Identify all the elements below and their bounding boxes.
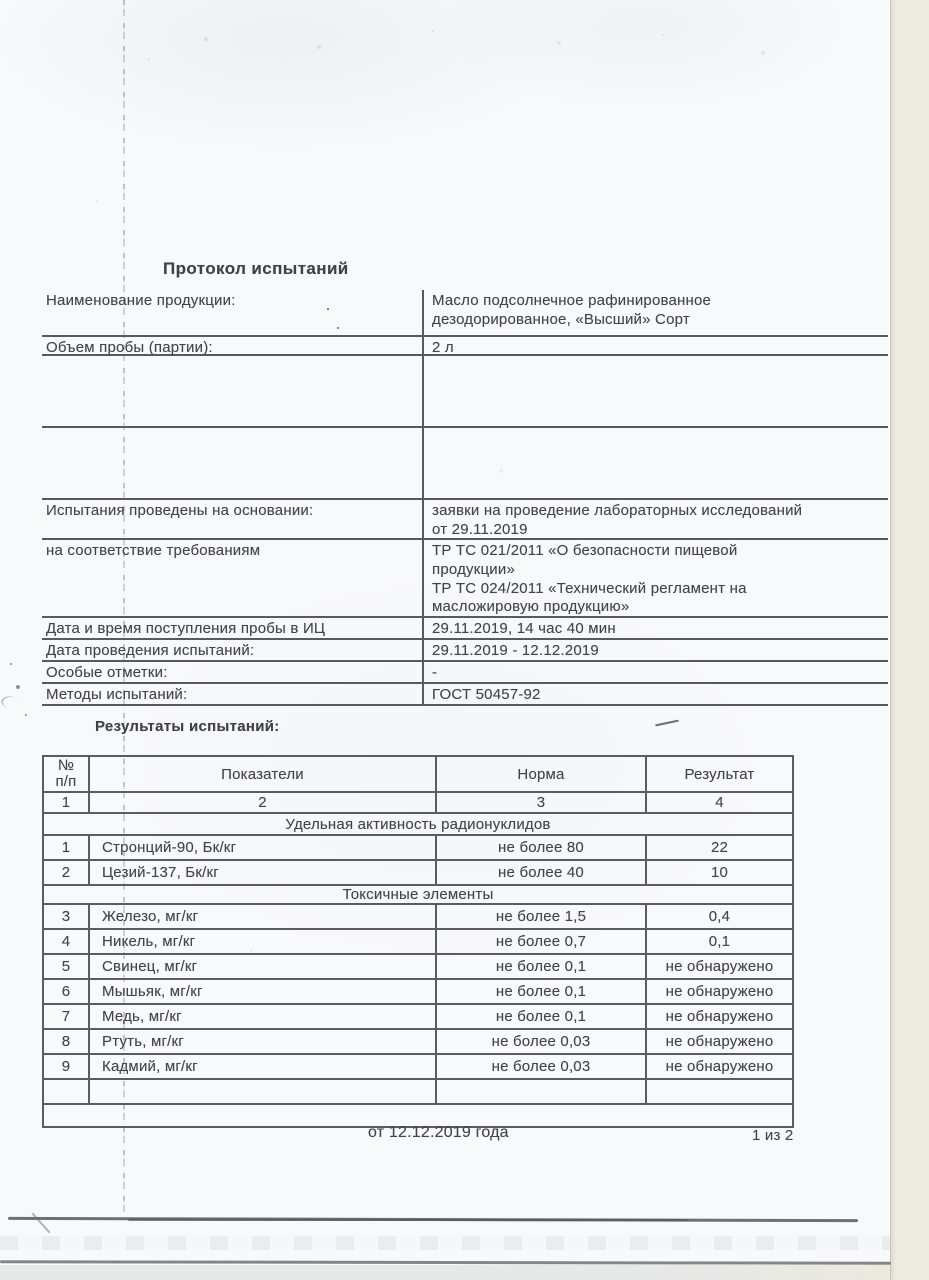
result-cell: 10 [646, 860, 793, 885]
scan-speckles [0, 0, 2, 2]
table-row [43, 1079, 793, 1104]
result-cell: 22 [646, 835, 793, 860]
row-number: 1 [43, 835, 89, 860]
result-cell [646, 1079, 793, 1104]
info-label: Особые отметки: [42, 662, 422, 682]
table-row: 3 Железо, мг/кг не более 1,5 0,4 [43, 904, 793, 929]
regulation-2: ТР ТС 024/2011 «Технический регламент на… [432, 580, 804, 618]
indicator-cell: Цезий-137, Бк/кг [89, 860, 436, 885]
footer-page-number: 1 из 2 [752, 1127, 793, 1144]
indicator-cell: Свинец, мг/кг [89, 954, 436, 979]
norm-cell: не более 40 [436, 860, 646, 885]
norm-cell: не более 80 [436, 835, 646, 860]
indicator-cell: Мышьяк, мг/кг [89, 979, 436, 1004]
norm-cell: не более 1,5 [436, 904, 646, 929]
info-label: Методы испытаний: [42, 684, 422, 704]
column-number: 3 [436, 792, 646, 813]
result-cell: не обнаружено [646, 1004, 793, 1029]
results-table: № п/п Показатели Норма Результат 1 2 3 4… [42, 755, 794, 1128]
info-row-test-dates: Дата проведения испытаний: 29.11.2019 - … [42, 640, 888, 662]
stray-dash-mark [655, 720, 679, 727]
table-row: 7 Медь, мг/кг не более 0,1 не обнаружено [43, 1004, 793, 1029]
info-label: Объем пробы (партии): [42, 337, 422, 354]
norm-cell: не более 0,03 [436, 1054, 646, 1079]
row-number: 4 [43, 929, 89, 954]
info-value: ТР ТС 021/2011 «О безопасности пищевой п… [422, 540, 888, 616]
info-label [42, 356, 422, 426]
info-label: Испытания проведены на основании: [42, 500, 422, 538]
table-row: 8 Ртуть, мг/кг не более 0,03 не обнаруже… [43, 1029, 793, 1054]
info-row-sample-volume: Объем пробы (партии): 2 л [42, 337, 888, 356]
scratch-mark [32, 1213, 51, 1234]
pen-scribble-mark [0, 692, 29, 715]
document-title: Протокол испытаний [163, 259, 349, 279]
info-value: - [422, 662, 888, 682]
info-row-special-notes: Особые отметки: - [42, 662, 888, 684]
indicator-cell: Стронций-90, Бк/кг [89, 835, 436, 860]
column-number: 2 [89, 792, 436, 813]
page-edge-line-upper [8, 1217, 858, 1222]
info-label: Дата проведения испытаний: [42, 640, 422, 660]
info-row-empty [42, 356, 888, 428]
row-number: 3 [43, 904, 89, 929]
row-number: 6 [43, 979, 89, 1004]
info-row-test-basis: Испытания проведены на основании: заявки… [42, 500, 888, 540]
column-header-norm: Норма [436, 756, 646, 792]
indicator-cell: Никель, мг/кг [89, 929, 436, 954]
info-row-compliance-requirements: на соответствие требованиям ТР ТС 021/20… [42, 540, 888, 618]
info-value [422, 428, 888, 498]
column-header-indicator: Показатели [89, 756, 436, 792]
table-row: 5 Свинец, мг/кг не более 0,1 не обнаруже… [43, 954, 793, 979]
column-number-row: 1 2 3 4 [43, 792, 793, 813]
regulation-1: ТР ТС 021/2011 «О безопасности пищевой п… [432, 542, 804, 580]
indicator-cell: Ртуть, мг/кг [89, 1029, 436, 1054]
norm-cell: не более 0,03 [436, 1029, 646, 1054]
results-header-row: № п/п Показатели Норма Результат [43, 756, 793, 792]
table-row: 4 Никель, мг/кг не более 0,7 0,1 [43, 929, 793, 954]
norm-cell: не более 0,1 [436, 1004, 646, 1029]
info-row-sample-received: Дата и время поступления пробы в ИЦ 29.1… [42, 618, 888, 640]
row-number: 7 [43, 1004, 89, 1029]
section-row-radionuclides: Удельная активность радионуклидов [43, 813, 793, 835]
info-row-test-methods: Методы испытаний: ГОСТ 50457-92 [42, 684, 888, 706]
info-value: 29.11.2019, 14 час 40 мин [422, 618, 888, 638]
info-value: 29.11.2019 - 12.12.2019 [422, 640, 888, 660]
row-number: 5 [43, 954, 89, 979]
section-label: Удельная активность радионуклидов [43, 813, 793, 835]
result-cell: 0,4 [646, 904, 793, 929]
info-value: заявки на проведение лабораторных исслед… [422, 500, 888, 538]
info-value [422, 356, 888, 426]
indicator-cell [89, 1079, 436, 1104]
column-header-number: № п/п [43, 756, 89, 792]
info-label: на соответствие требованиям [42, 540, 422, 616]
table-row: 2 Цезий-137, Бк/кг не более 40 10 [43, 860, 793, 885]
info-label [42, 428, 422, 498]
product-info-table: Наименование продукции: Масло подсолнечн… [42, 290, 888, 706]
norm-cell: не более 0,1 [436, 954, 646, 979]
info-label: Наименование продукции: [42, 290, 422, 335]
result-cell: 0,1 [646, 929, 793, 954]
info-value: ГОСТ 50457-92 [422, 684, 888, 704]
norm-cell: не более 0,7 [436, 929, 646, 954]
norm-cell: не более 0,1 [436, 979, 646, 1004]
info-row-product-name: Наименование продукции: Масло подсолнечн… [42, 290, 888, 337]
column-header-result: Результат [646, 756, 793, 792]
info-value: 2 л [422, 337, 888, 354]
indicator-cell: Медь, мг/кг [89, 1004, 436, 1029]
table-row: 1 Стронций-90, Бк/кг не более 80 22 [43, 835, 793, 860]
scanned-document-page: Протокол испытаний Наименование продукци… [0, 0, 891, 1280]
result-cell: не обнаружено [646, 979, 793, 1004]
table-row: 9 Кадмий, мг/кг не более 0,03 не обнаруж… [43, 1054, 793, 1079]
section-row-toxic-elements: Токсичные элементы [43, 885, 793, 904]
column-number: 4 [646, 792, 793, 813]
row-number: 8 [43, 1029, 89, 1054]
info-value: Масло подсолнечное рафинированное дезодо… [422, 290, 888, 335]
result-cell: не обнаружено [646, 1029, 793, 1054]
scanner-bed-strip [0, 1265, 890, 1280]
norm-cell [436, 1079, 646, 1104]
footer-date: от 12.12.2019 года [368, 1124, 509, 1142]
column-number: 1 [43, 792, 89, 813]
scan-noise-band [0, 1236, 890, 1250]
row-number: 9 [43, 1054, 89, 1079]
row-number [43, 1079, 89, 1104]
indicator-cell: Железо, мг/кг [89, 904, 436, 929]
result-cell: не обнаружено [646, 954, 793, 979]
indicator-cell: Кадмий, мг/кг [89, 1054, 436, 1079]
info-row-empty [42, 428, 888, 500]
table-row: 6 Мышьяк, мг/кг не более 0,1 не обнаруже… [43, 979, 793, 1004]
results-heading: Результаты испытаний: [95, 718, 280, 735]
result-cell: не обнаружено [646, 1054, 793, 1079]
row-number: 2 [43, 860, 89, 885]
info-label: Дата и время поступления пробы в ИЦ [42, 618, 422, 638]
section-label: Токсичные элементы [43, 885, 793, 904]
